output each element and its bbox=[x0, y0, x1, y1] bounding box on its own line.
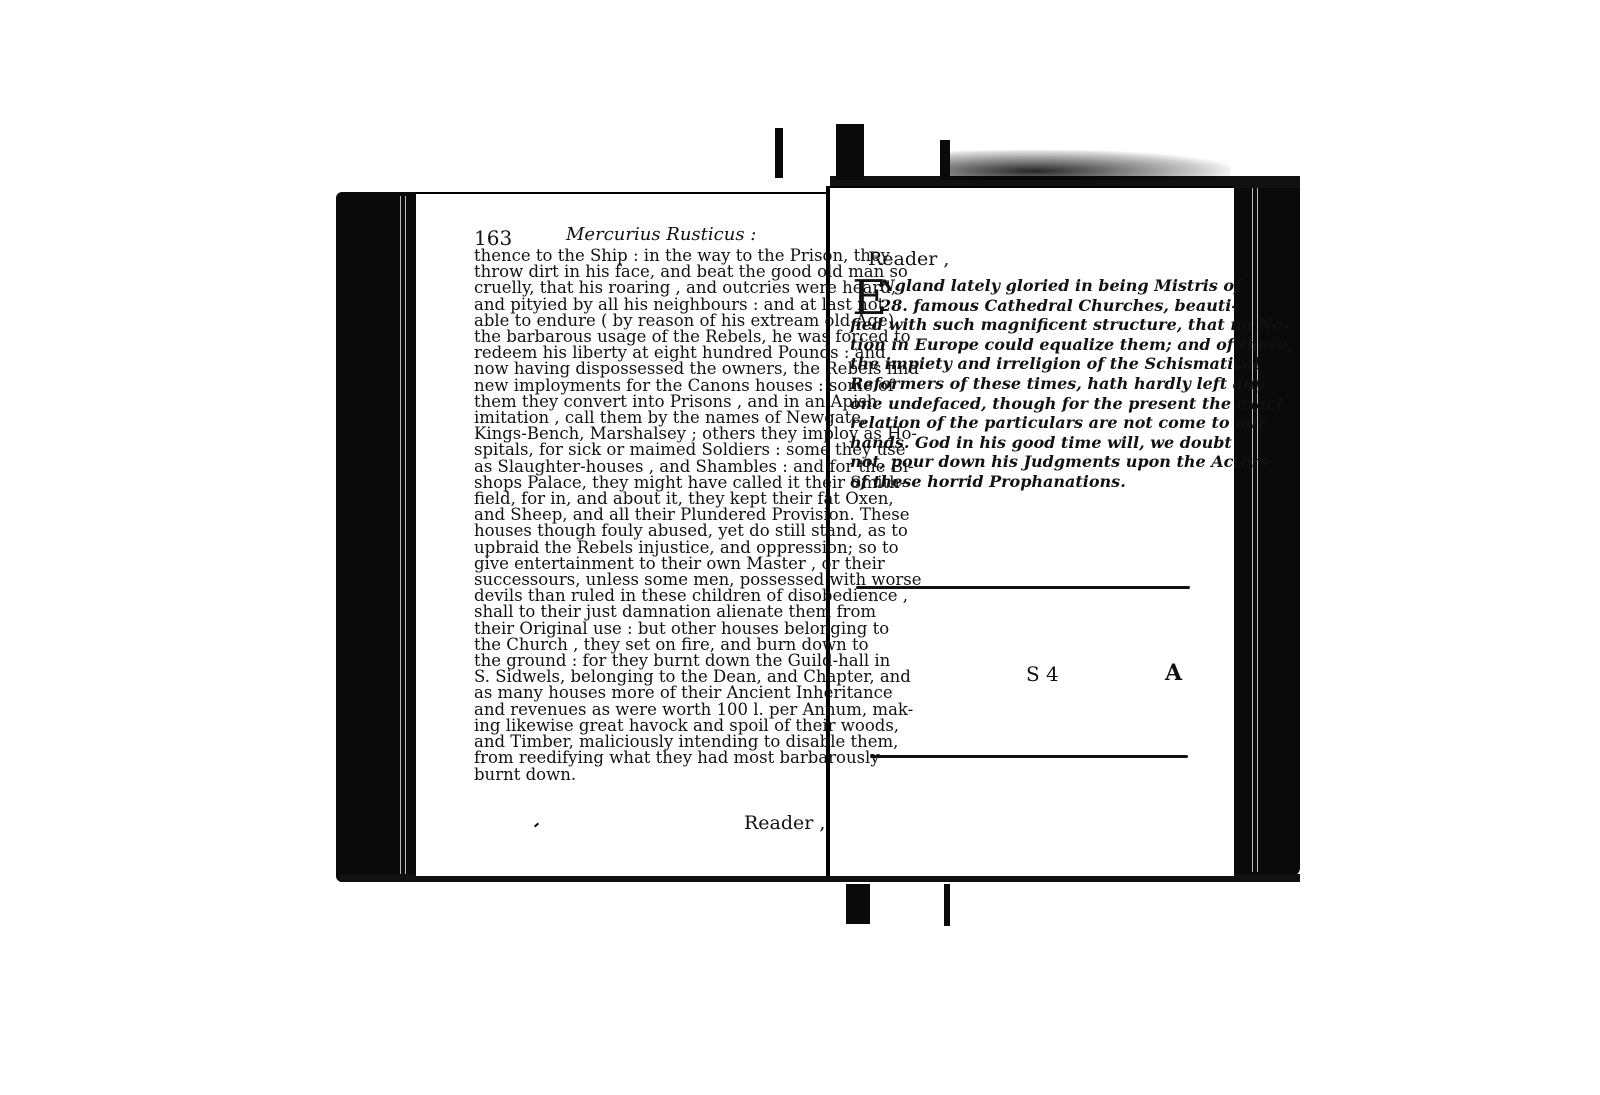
horizontal-rule bbox=[870, 755, 1188, 758]
clasp-top bbox=[836, 124, 864, 180]
text-line: 28. famous Cathedral Churches, beauti- bbox=[850, 296, 1184, 316]
running-title: Mercurius Rusticus : bbox=[566, 224, 756, 245]
right-page-body: Ngland lately gloried in being Mistris o… bbox=[850, 276, 1184, 492]
left-page-body: thence to the Ship : in the way to the P… bbox=[474, 248, 806, 783]
text-line: burnt down. bbox=[474, 767, 806, 783]
catchword: Reader , bbox=[744, 812, 825, 834]
text-line: of these horrid Prophanations. bbox=[850, 472, 1184, 492]
clasp-top-small-2 bbox=[940, 140, 950, 180]
text-line: one undefaced, though for the present th… bbox=[850, 394, 1184, 414]
clasp-bottom-small bbox=[944, 884, 950, 926]
text-line: hands. God in his good time will, we dou… bbox=[850, 433, 1184, 453]
text-line: Reformers of these times, hath hardly le… bbox=[850, 374, 1184, 394]
text-line: the impiety and irreligion of the Schism… bbox=[850, 354, 1184, 374]
book-cover-left bbox=[336, 192, 416, 882]
running-head: 163 Mercurius Rusticus : bbox=[474, 224, 814, 248]
catchword: A bbox=[1165, 660, 1182, 686]
horizontal-rule bbox=[856, 586, 1190, 589]
text-line: fied with such magnificent structure, th… bbox=[850, 315, 1184, 335]
section-heading: Reader , bbox=[868, 248, 949, 270]
clasp-bottom bbox=[846, 884, 870, 924]
text-line: tion in Europe could equalize them; and … bbox=[850, 335, 1184, 355]
clasp-top-small bbox=[775, 128, 783, 178]
text-line: Ngland lately gloried in being Mistris o… bbox=[850, 276, 1184, 296]
text-line: not, pour down his Judgments upon the Ac… bbox=[850, 452, 1184, 472]
scan-smudge bbox=[950, 150, 1230, 180]
signature-mark: S 4 bbox=[1026, 662, 1059, 686]
text-line: relation of the particulars are not come… bbox=[850, 413, 1184, 433]
